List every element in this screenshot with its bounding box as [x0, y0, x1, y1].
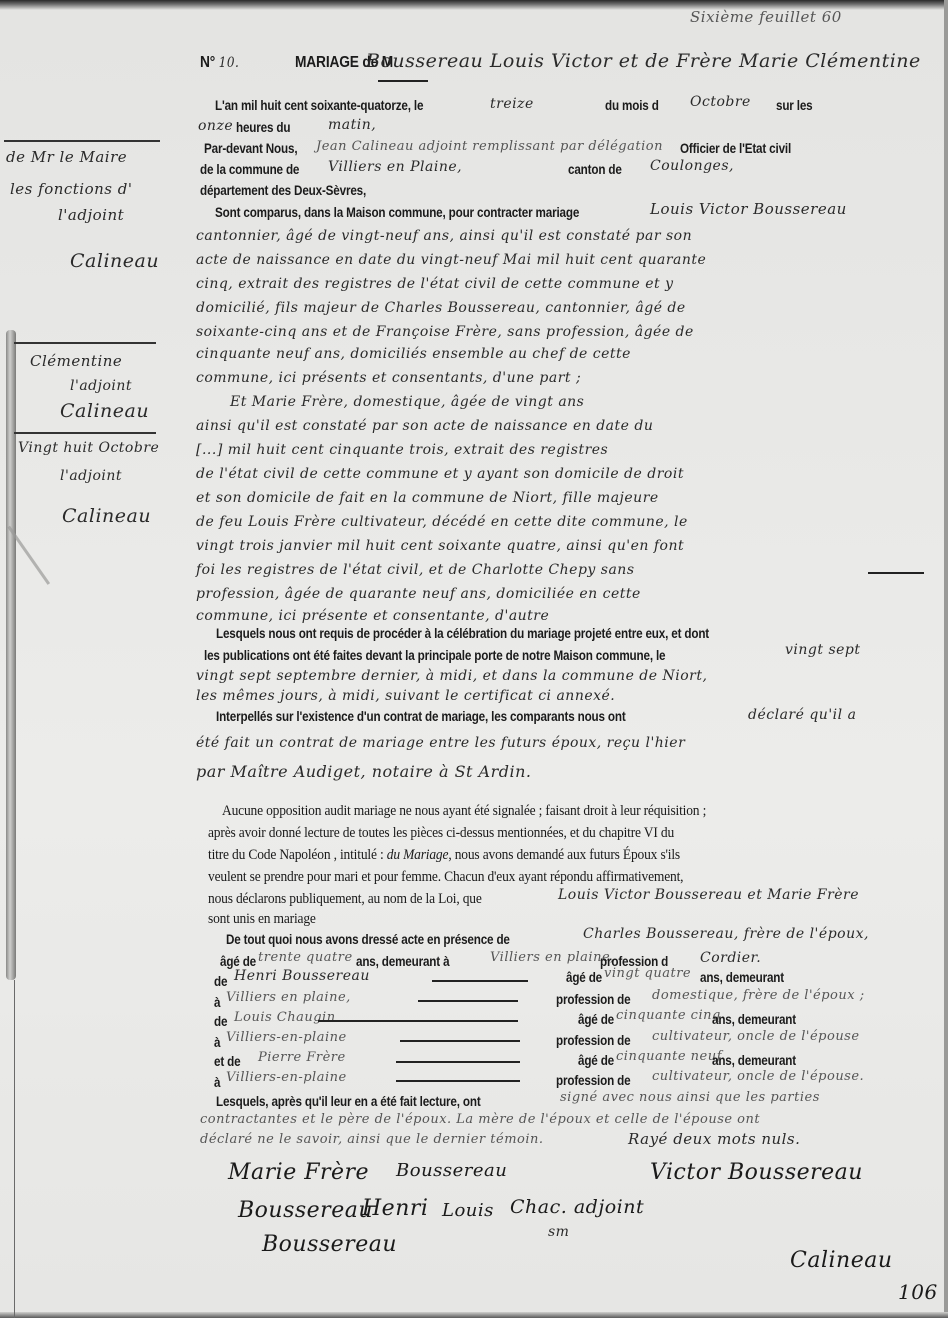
margin-note-2-line-2: l'adjoint — [70, 378, 132, 394]
residence-label: ans, demeurant — [712, 1012, 796, 1027]
comparants-line: vingt trois janvier mil huit cent soixan… — [196, 538, 684, 554]
age-label: âgé de — [578, 1053, 614, 1068]
signature-groom: Victor Boussereau — [650, 1160, 863, 1185]
fill-rule — [432, 980, 528, 982]
comparants-line: foi les registres de l'état civil, et de… — [196, 562, 635, 578]
witness-3-profession: cultivateur, oncle de l'épouse — [652, 1029, 860, 1044]
ceremony-line-6: sont unis en mariage — [208, 911, 316, 928]
publications-line-1: Lesquels nous ont requis de procéder à l… — [216, 626, 709, 641]
margin-note-3-line-2: l'adjoint — [60, 468, 122, 484]
witness-1-profession: Cordier. — [700, 950, 761, 966]
commune-label: de la commune de — [200, 162, 299, 177]
witness-1-age: trente quatre — [258, 950, 353, 965]
residence-label: ans, demeurant à — [356, 954, 449, 969]
par-devant-label: Par-devant Nous, — [204, 141, 297, 156]
a-label: à — [214, 995, 220, 1010]
age-label: âgé de — [566, 970, 602, 985]
margin-note-2-line-1: Clémentine — [30, 352, 122, 370]
binding-cord — [6, 330, 16, 980]
margin-note-3-signature: Calineau — [62, 505, 151, 527]
fill-rule — [418, 1000, 518, 1002]
ceremony-line-1: Aucune opposition audit mariage ne nous … — [222, 803, 706, 820]
age-label: âgé de — [220, 954, 256, 969]
witness-2-profession: domestique, frère de l'époux ; — [652, 988, 865, 1003]
signature-witness: Boussereau — [262, 1232, 397, 1257]
month-value: Octobre — [690, 94, 751, 110]
witness-3-residence: Villiers-en-plaine — [226, 1030, 347, 1045]
publications-hand-3: les mêmes jours, à midi, suivant le cert… — [196, 688, 615, 704]
comparants-line: domicilié, fils majeur de Charles Bousse… — [196, 300, 686, 316]
ceremony-line-2: après avoir donné lecture de toutes les … — [208, 825, 674, 842]
signature-witness: Henri — [362, 1196, 428, 1221]
age-label: âgé de — [578, 1012, 614, 1027]
witness-1-residence: Villiers en plaine, — [490, 950, 615, 965]
closing-hand-1: signé avec nous ainsi que les parties — [560, 1090, 820, 1105]
fill-rule — [396, 1061, 520, 1063]
de-label: de — [214, 1014, 227, 1029]
witness-4-name: Pierre Frère — [258, 1050, 346, 1065]
profession-label: profession de — [556, 992, 630, 1007]
canton-label: canton de — [568, 162, 622, 177]
comparants-line: soixante-cinq ans et de Françoise Frère,… — [196, 324, 694, 340]
register-page: Sixième feuillet 60 N° 10. MARIAGE de M … — [0, 0, 948, 1318]
margin-note-3-line-1: Vingt huit Octobre — [18, 440, 159, 456]
intro-year-text: L'an mil huit cent soixante-quatorze, le — [215, 98, 423, 113]
comparants-line: de feu Louis Frère cultivateur, décédé e… — [196, 514, 688, 530]
margin-note-1-line-1: de Mr le Maire — [6, 148, 127, 166]
signature-witness: Chac. adjoint — [510, 1196, 644, 1218]
witness-4-profession: cultivateur, oncle de l'épouse. — [652, 1069, 864, 1084]
publications-date-1: vingt sept — [785, 642, 861, 658]
residence-label: ans, demeurant — [712, 1053, 796, 1068]
fill-rule — [868, 572, 924, 574]
record-number-label: N° 10. — [200, 54, 239, 72]
witness-1-name: Charles Boussereau, frère de l'époux, — [583, 926, 869, 942]
signature-officer: Calineau — [790, 1248, 893, 1273]
witness-2-name: Henri Boussereau — [234, 968, 370, 984]
intro-hours-label: heures du — [236, 120, 290, 135]
signature-mark: sm — [548, 1224, 569, 1240]
comparants-line: commune, ici présents et consentants, d'… — [196, 370, 581, 386]
de-label: de — [214, 974, 227, 989]
closing-line-1: Lesquels, après qu'il leur en a été fait… — [216, 1094, 481, 1109]
witness-2-residence: Villiers en plaine, — [226, 990, 351, 1005]
comparants-line: ainsi qu'il est constaté par son acte de… — [196, 418, 653, 434]
period-value: matin, — [328, 117, 376, 133]
a-label: à — [214, 1035, 220, 1050]
comparants-line: acte de naissance en date du vingt-neuf … — [196, 252, 706, 268]
fill-rule — [400, 1040, 520, 1042]
contrat-hand-2: été fait un contrat de mariage entre les… — [196, 735, 685, 751]
signature-witness: Boussereau — [238, 1198, 373, 1223]
fill-rule — [318, 1020, 518, 1022]
contrat-line-1: Interpellés sur l'existence d'un contrat… — [216, 709, 626, 724]
margin-note-2-signature: Calineau — [60, 400, 149, 422]
hour-value: onze — [198, 118, 233, 134]
fill-rule — [396, 1080, 520, 1082]
publications-hand-2: vingt sept septembre dernier, à midi, et… — [196, 668, 707, 684]
groom-name: Louis Victor Boussereau — [650, 200, 847, 218]
publications-line-2: les publications ont été faites devant l… — [204, 648, 665, 663]
comparants-line: commune, ici présente et consentante, d'… — [196, 608, 549, 624]
ceremony-line-4: veulent se prendre pour mari et pour fem… — [208, 869, 683, 886]
intro-sur-les: sur les — [776, 98, 812, 113]
profession-label: profession de — [556, 1033, 630, 1048]
folio-annotation: Sixième feuillet 60 — [690, 8, 842, 26]
officer-value: Jean Calineau adjoint remplissant par dé… — [316, 139, 663, 154]
margin-divider — [4, 140, 160, 142]
comparants-line: de l'état civil de cette commune et y ay… — [196, 466, 684, 482]
ceremony-line-5: nous déclarons publiquement, au nom de l… — [208, 891, 482, 908]
department-text: département des Deux-Sèvres, — [200, 183, 366, 198]
witnesses-lead: De tout quoi nous avons dressé acte en p… — [226, 932, 510, 947]
witness-3-age: cinquante cinq — [616, 1008, 721, 1023]
closing-hand-3: déclaré ne le savoir, ainsi que le derni… — [200, 1132, 544, 1147]
page-number: 106 — [898, 1280, 938, 1304]
margin-note-1-signature: Calineau — [70, 250, 159, 272]
officer-title-label: Officier de l'Etat civil — [680, 141, 791, 156]
witness-4-residence: Villiers-en-plaine — [226, 1070, 347, 1085]
commune-value: Villiers en Plaine, — [328, 159, 462, 175]
signature-bride: Marie Frère — [228, 1160, 369, 1185]
closing-hand-4: Rayé deux mots nuls. — [628, 1130, 800, 1148]
intro-month-label: du mois d — [605, 98, 659, 113]
page-edge — [944, 0, 948, 1318]
margin-note-1-line-3: l'adjoint — [58, 206, 124, 224]
comparants-line: [...] mil huit cent cinquante trois, ext… — [196, 442, 608, 458]
ceremony-line-3: titre du Code Napoléon , intitulé : du M… — [208, 847, 680, 864]
contrat-hand-3: par Maître Audiget, notaire à St Ardin. — [196, 762, 532, 781]
couple-names: Louis Victor Boussereau et Marie Frère — [558, 887, 859, 903]
comparants-line: et son domicile de fait en la commune de… — [196, 490, 659, 506]
title-underline — [378, 80, 428, 82]
a-label: à — [214, 1075, 220, 1090]
canton-value: Coulonges, — [650, 158, 734, 174]
margin-divider — [14, 432, 156, 434]
comparants-line: Et Marie Frère, domestique, âgée de ving… — [230, 394, 584, 410]
contrat-hand-1: déclaré qu'il a — [748, 707, 856, 723]
comparants-line: cantonnier, âgé de vingt-neuf ans, ainsi… — [196, 228, 692, 244]
witness-2-age: vingt quatre — [604, 966, 691, 981]
binding-thread — [14, 980, 15, 1318]
page-edge-bottom — [0, 1312, 948, 1318]
comparants-line: cinquante neuf ans, domiciliés ensemble … — [196, 346, 631, 362]
signature-witness: Louis — [442, 1200, 494, 1221]
et-de-label: et de — [214, 1054, 240, 1069]
comparants-line: cinq, extrait des registres de l'état ci… — [196, 276, 673, 292]
closing-hand-2: contractantes et le père de l'époux. La … — [200, 1112, 760, 1127]
residence-label: ans, demeurant — [700, 970, 784, 985]
profession-label: profession de — [556, 1073, 630, 1088]
margin-note-1-line-2: les fonctions d' — [10, 180, 133, 198]
comparants-lead: Sont comparus, dans la Maison commune, p… — [215, 205, 579, 220]
signature-father: Boussereau — [396, 1160, 507, 1181]
margin-divider — [14, 342, 156, 344]
comparants-line: profession, âgée de quarante neuf ans, d… — [196, 586, 641, 602]
day-value: treize — [490, 96, 534, 112]
spouses-names: Boussereau Louis Victor et de Frère Mari… — [366, 50, 921, 72]
witness-4-age: cinquante neuf — [616, 1049, 722, 1064]
witness-3-name: Louis Chaugin — [234, 1010, 336, 1025]
